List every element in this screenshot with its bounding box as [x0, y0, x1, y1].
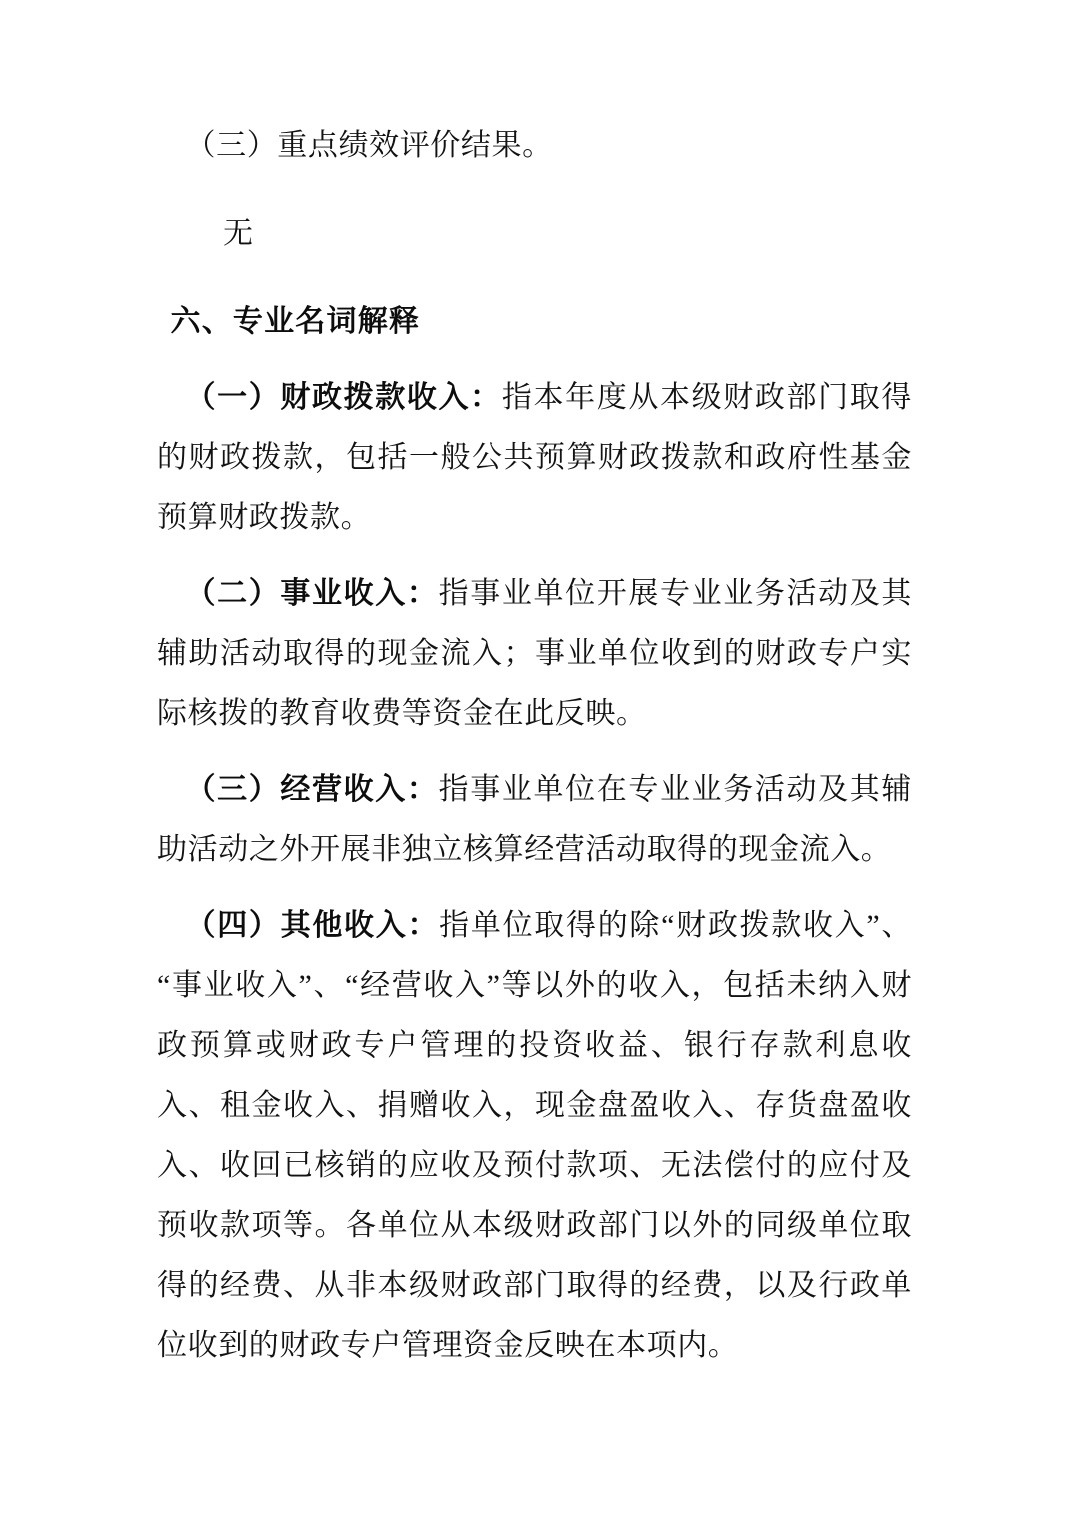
main-heading-terminology: 六、专业名词解释 — [157, 292, 912, 352]
definition-term: （四）其他收入： — [186, 909, 440, 942]
section-heading-performance-evaluation: （三）重点绩效评价结果。 — [157, 116, 912, 176]
definition-term: （一）财政拨款收入： — [186, 381, 502, 414]
definition-paragraph-fiscal-appropriation-income: （一）财政拨款收入：指本年度从本级财政部门取得的财政拨款，包括一般公共预算财政拨… — [157, 368, 912, 548]
section-content-none: 无 — [157, 204, 912, 264]
document-page: （三）重点绩效评价结果。 无 六、专业名词解释 （一）财政拨款收入：指本年度从本… — [0, 0, 1075, 1521]
definition-term: （二）事业收入： — [186, 577, 439, 610]
definition-text: 指单位取得的除“财政拨款收入”、“事业收入”、“经营收入”等以外的收入，包括未纳… — [157, 909, 912, 1362]
definition-paragraph-other-income: （四）其他收入：指单位取得的除“财政拨款收入”、“事业收入”、“经营收入”等以外… — [157, 896, 912, 1376]
definition-paragraph-business-income: （三）经营收入：指事业单位在专业业务活动及其辅助活动之外开展非独立核算经营活动取… — [157, 760, 912, 880]
definition-paragraph-operating-income: （二）事业收入：指事业单位开展专业业务活动及其辅助活动取得的现金流入；事业单位收… — [157, 564, 912, 744]
definition-term: （三）经营收入： — [186, 773, 439, 806]
